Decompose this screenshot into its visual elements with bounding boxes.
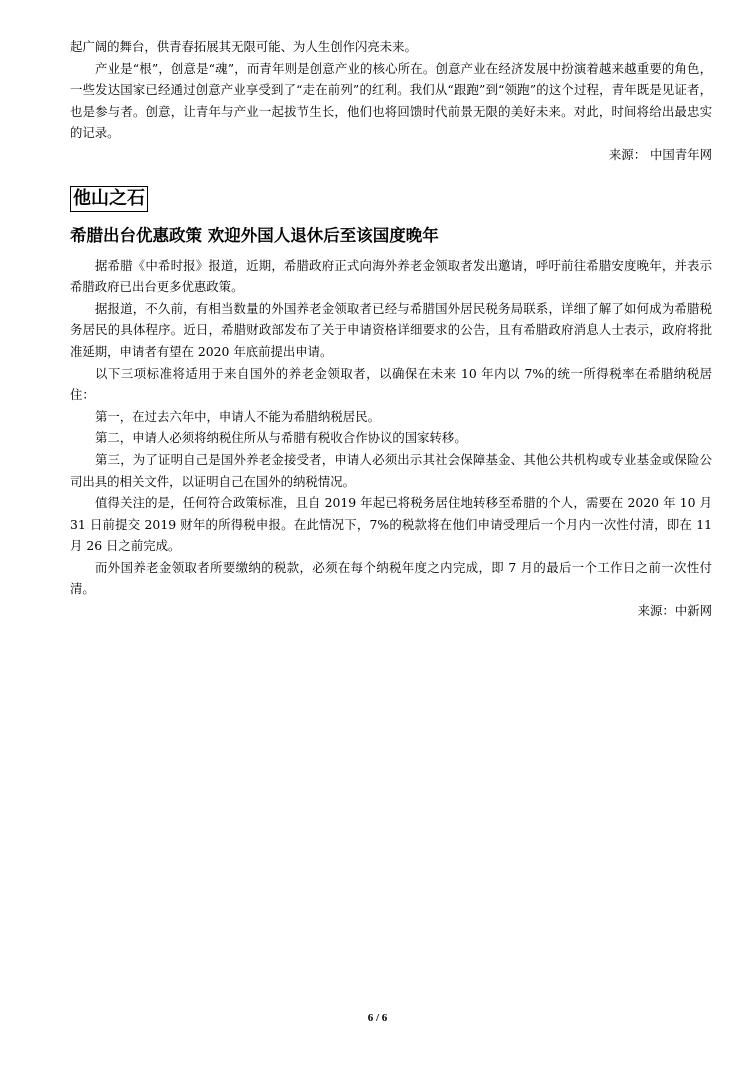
intro-paragraph-2: 产业是“根”，创意是“魂”，而青年则是创意产业的核心所在。创意产业在经济发展中扮… <box>70 58 712 144</box>
article-paragraph: 第三，为了证明自己是国外养老金接受者，申请人必须出示其社会保障基金、其他公共机构… <box>70 449 712 492</box>
article-paragraph: 据报道，不久前，有相当数量的外国养老金领取者已经与希腊国外居民税务局联系，详细了… <box>70 298 712 363</box>
intro-paragraph-1: 起广阔的舞台，供青春拓展其无限可能、为人生创作闪亮未来。 <box>70 36 712 58</box>
article-paragraph: 以下三项标准将适用于来自国外的养老金领取者，以确保在未来 10 年内以 7%的统… <box>70 363 712 406</box>
article-paragraph: 值得关注的是，任何符合政策标准，且自 2019 年起已将税务居住地转移至希腊的个… <box>70 492 712 557</box>
article-paragraph: 第二，申请人必须将纳税住所从与希腊有税收合作协议的国家转移。 <box>70 427 712 449</box>
intro-source: 来源： 中国青年网 <box>70 144 712 166</box>
article-source: 来源：中新网 <box>70 600 712 622</box>
section-heading-box: 他山之石 <box>70 186 148 212</box>
document-page: 起广阔的舞台，供青春拓展其无限可能、为人生创作闪亮未来。 产业是“根”，创意是“… <box>70 36 712 622</box>
article-paragraph: 据希腊《中希时报》报道，近期，希腊政府正式向海外养老金领取者发出邀请，呼吁前往希… <box>70 255 712 298</box>
article-title: 希腊出台优惠政策 欢迎外国人退休后至该国度晚年 <box>70 225 712 247</box>
article-paragraph: 而外国养老金领取者所要缴纳的税款，必须在每个纳税年度之内完成，即 7 月的最后一… <box>70 557 712 600</box>
article-paragraph: 第一，在过去六年中，申请人不能为希腊纳税居民。 <box>70 406 712 428</box>
page-number: 6 / 6 <box>0 1012 755 1024</box>
